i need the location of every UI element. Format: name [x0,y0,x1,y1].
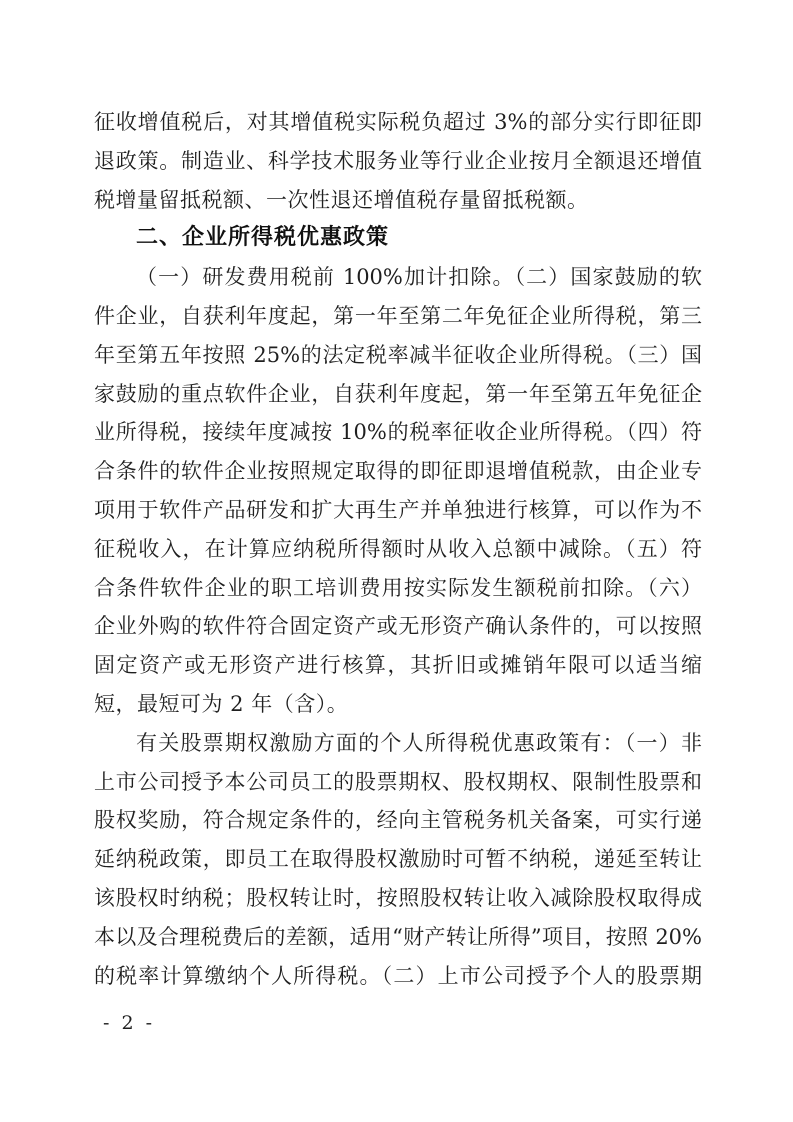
text-line: 征税收入，在计算应纳税所得额时从收入总额中减除。（五）符 [94,530,702,569]
text-line: （一）研发费用税前 100%加计扣除。（二）国家鼓励的软 [94,258,702,297]
section-heading: 二、企业所得税优惠政策 [94,219,702,258]
text-line: 税增量留抵税额、一次性退还增值税存量留抵税额。 [94,181,702,220]
text-line: 项用于软件产品研发和扩大再生产并单独进行核算，可以作为不 [94,491,702,530]
text-line: 上市公司授予本公司员工的股票期权、股权期权、限制性股票和 [94,763,702,802]
text-line: 企业外购的软件符合固定资产或无形资产确认条件的，可以按照 [94,607,702,646]
text-line: 本以及合理税费后的差额，适用“财产转让所得”项目，按照 20% [94,918,702,957]
page-number: - 2 - [103,1012,155,1034]
document-body: 征收增值税后，对其增值税实际税负超过 3%的部分实行即征即退政策。制造业、科学技… [94,103,702,995]
text-line: 该股权时纳税；股权转让时，按照股权转让收入减除股权取得成 [94,879,702,918]
text-line: 退政策。制造业、科学技术服务业等行业企业按月全额退还增值 [94,142,702,181]
text-line: 短，最短可为 2 年（含）。 [94,685,702,724]
text-line: 业所得税，接续年度减按 10%的税率征收企业所得税。（四）符 [94,413,702,452]
text-line: 有关股票期权激励方面的个人所得税优惠政策有：（一）非 [94,724,702,763]
text-line: 延纳税政策，即员工在取得股权激励时可暂不纳税，递延至转让 [94,840,702,879]
text-line: 合条件软件企业的职工培训费用按实际发生额税前扣除。（六） [94,569,702,608]
text-line: 年至第五年按照 25%的法定税率减半征收企业所得税。（三）国 [94,336,702,375]
text-line: 合条件的软件企业按照规定取得的即征即退增值税款，由企业专 [94,452,702,491]
text-line: 家鼓励的重点软件企业，自获利年度起，第一年至第五年免征企 [94,375,702,414]
text-line: 固定资产或无形资产进行核算，其折旧或摊销年限可以适当缩 [94,646,702,685]
text-line: 件企业，自获利年度起，第一年至第二年免征企业所得税，第三 [94,297,702,336]
text-line: 征收增值税后，对其增值税实际税负超过 3%的部分实行即征即 [94,103,702,142]
document-page: 征收增值税后，对其增值税实际税负超过 3%的部分实行即征即退政策。制造业、科学技… [0,0,793,1122]
text-line: 的税率计算缴纳个人所得税。（二）上市公司授予个人的股票期 [94,957,702,996]
text-line: 股权奖励，符合规定条件的，经向主管税务机关备案，可实行递 [94,801,702,840]
